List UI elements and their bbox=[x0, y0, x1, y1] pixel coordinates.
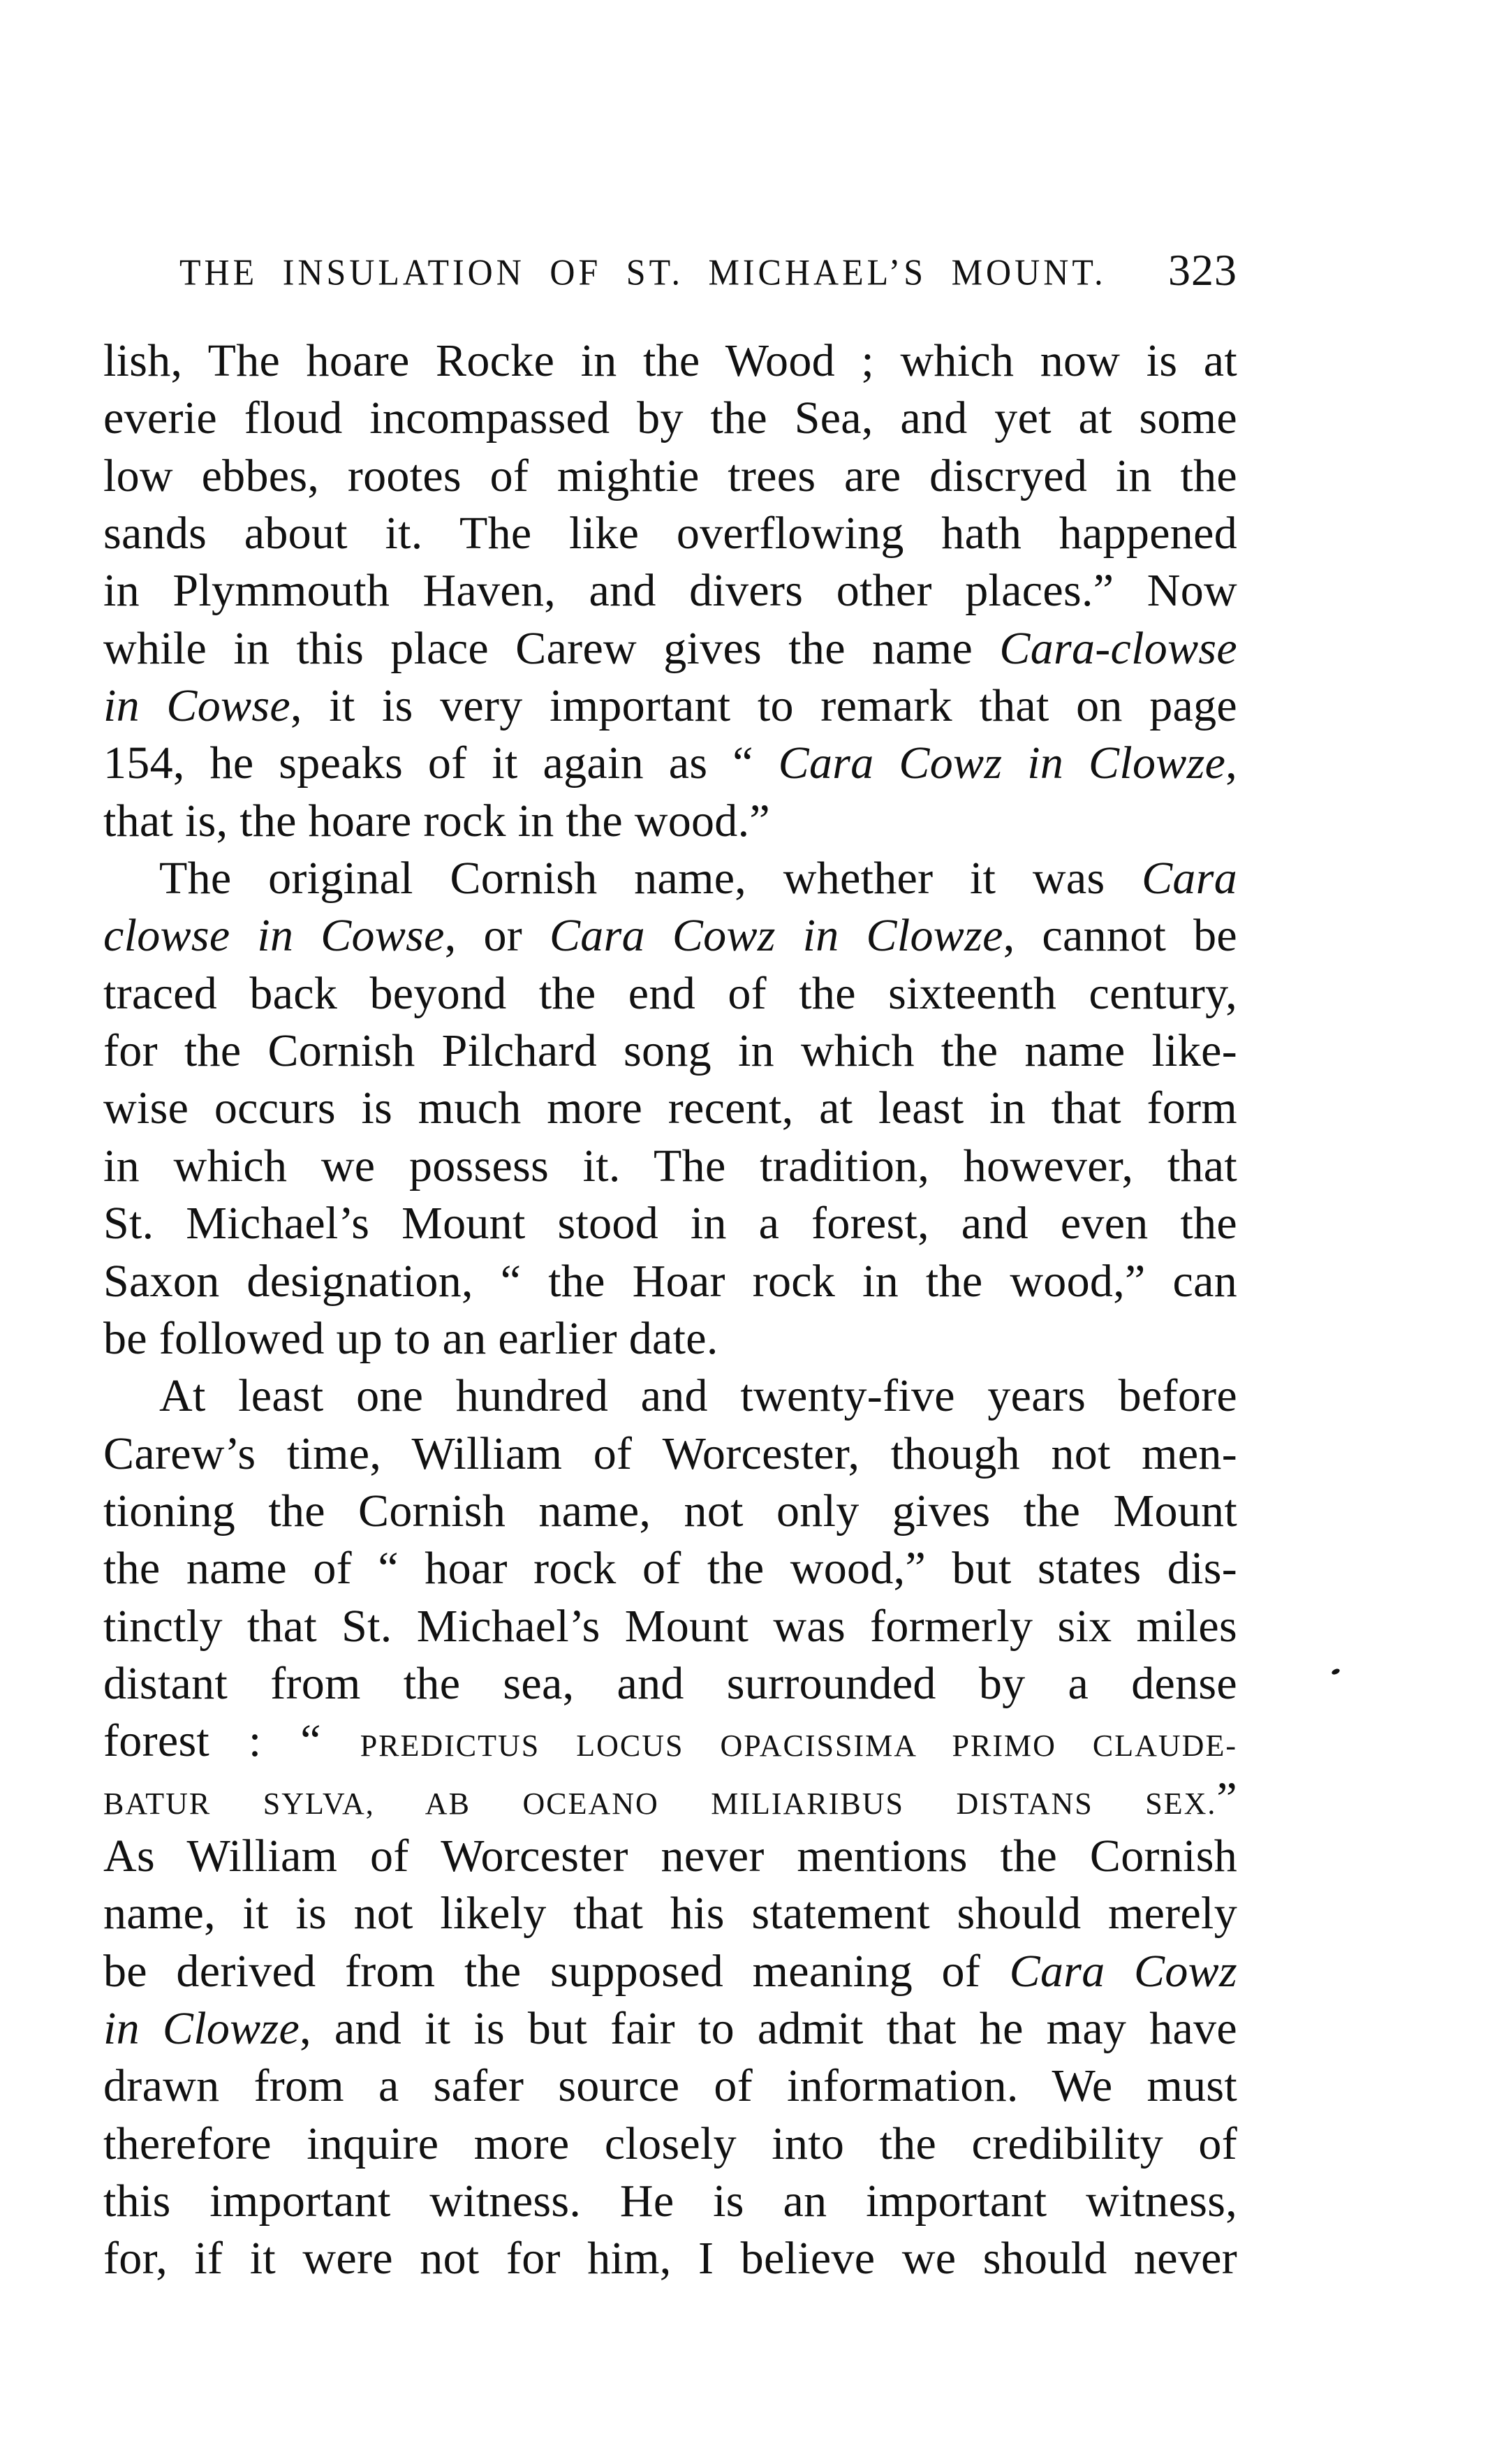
text-segment: , or bbox=[445, 910, 550, 961]
text-segment: As William of Worcester never mentions t… bbox=[103, 1831, 1237, 1882]
text-segment: tinctly that St. Michael’s Mount was for… bbox=[103, 1601, 1237, 1652]
italic-text: Cara Cowz in Clowze bbox=[779, 738, 1226, 789]
text-segment: everie floud incompassed by the Sea, and… bbox=[103, 393, 1237, 443]
text-segment: The original Cornish name, whether it wa… bbox=[159, 853, 1142, 904]
text-line: sands about it. The like overflowing hat… bbox=[103, 505, 1237, 562]
text-segment: , bbox=[1225, 738, 1237, 789]
text-line: traced back beyond the end of the sixtee… bbox=[103, 965, 1237, 1022]
running-head: The Insulation of St. Michael’s Mount. 3… bbox=[179, 244, 1237, 293]
text-line: forest : “ predictus locus opacissima pr… bbox=[103, 1713, 1237, 1770]
text-segment: be followed up to an earlier date. bbox=[103, 1313, 718, 1364]
text-line: in which we possess it. The tradition, h… bbox=[103, 1138, 1237, 1195]
text-segment: distant from the sea, and surrounded by … bbox=[103, 1658, 1237, 1709]
text-line: St. Michael’s Mount stood in a forest, a… bbox=[103, 1195, 1237, 1252]
text-line: drawn from a safer source of information… bbox=[103, 2058, 1237, 2115]
text-segment: drawn from a safer source of information… bbox=[103, 2060, 1237, 2111]
text-line: tioning the Cornish name, not only gives… bbox=[103, 1483, 1237, 1540]
book-page: The Insulation of St. Michael’s Mount. 3… bbox=[0, 0, 1497, 2464]
italic-text: Cara-clowse bbox=[999, 623, 1237, 674]
text-segment: ” bbox=[1216, 1773, 1237, 1824]
text-line: in Clowze, and it is but fair to admit t… bbox=[103, 2000, 1237, 2058]
text-line: everie floud incompassed by the Sea, and… bbox=[103, 390, 1237, 447]
text-segment: , it is very important to remark that on… bbox=[290, 680, 1237, 731]
text-segment: therefore inquire more closely into the … bbox=[103, 2118, 1237, 2169]
smallcaps-text: batur sylva, ab oceano miliaribus distan… bbox=[103, 1787, 1216, 1821]
text-line: 154, he speaks of it again as “ Cara Cow… bbox=[103, 735, 1237, 792]
text-segment: in which we possess it. The tradition, h… bbox=[103, 1141, 1237, 1191]
text-line: while in this place Carew gives the name… bbox=[103, 620, 1237, 677]
text-line: distant from the sea, and surrounded by … bbox=[103, 1655, 1237, 1713]
margin-speck bbox=[1331, 1668, 1341, 1675]
text-segment: for, if it were not for him, I believe w… bbox=[103, 2233, 1237, 2284]
text-segment: Carew’s time, William of Worcester, thou… bbox=[103, 1428, 1237, 1479]
text-line: in Cowse, it is very important to remark… bbox=[103, 677, 1237, 735]
smallcaps-text: predictus locus opacissima primo claude- bbox=[360, 1729, 1237, 1763]
body-text: lish, The hoare Rocke in the Wood ; whic… bbox=[103, 332, 1237, 2288]
italic-text: Cara Cowz in Clowze bbox=[550, 910, 1003, 961]
text-segment: for the Cornish Pilchard song in which t… bbox=[103, 1025, 1237, 1076]
text-segment: forest : “ bbox=[103, 1715, 360, 1766]
italic-text: clowse in Cowse bbox=[103, 910, 445, 961]
text-segment: that is, the hoare rock in the wood.” bbox=[103, 795, 770, 846]
text-line: tinctly that St. Michael’s Mount was for… bbox=[103, 1598, 1237, 1655]
italic-text: Cara Cowz bbox=[1010, 1946, 1237, 1997]
text-line: name, it is not likely that his statemen… bbox=[103, 1885, 1237, 1942]
italic-text: Cara bbox=[1142, 853, 1237, 904]
text-segment: low ebbes, rootes of mightie trees are d… bbox=[103, 450, 1237, 501]
page-number: 323 bbox=[1168, 244, 1237, 296]
text-line: low ebbes, rootes of mightie trees are d… bbox=[103, 448, 1237, 505]
text-line: be followed up to an earlier date. bbox=[103, 1310, 1237, 1367]
text-segment: tioning the Cornish name, not only gives… bbox=[103, 1486, 1237, 1537]
text-line: therefore inquire more closely into the … bbox=[103, 2115, 1237, 2173]
text-line: for, if it were not for him, I believe w… bbox=[103, 2230, 1237, 2287]
italic-text: in Clowze bbox=[103, 2003, 300, 2054]
text-line: in Plymmouth Haven, and divers other pla… bbox=[103, 562, 1237, 619]
text-segment: , cannot be bbox=[1003, 910, 1237, 961]
text-segment: traced back beyond the end of the sixtee… bbox=[103, 968, 1237, 1019]
text-line: batur sylva, ab oceano miliaribus distan… bbox=[103, 1770, 1237, 1828]
text-line: As William of Worcester never mentions t… bbox=[103, 1828, 1237, 1885]
running-title: The Insulation of St. Michael’s Mount. bbox=[179, 251, 1107, 293]
text-line: be derived from the supposed meaning of … bbox=[103, 1943, 1237, 2000]
text-line: the name of “ hoar rock of the wood,” bu… bbox=[103, 1540, 1237, 1597]
text-line: clowse in Cowse, or Cara Cowz in Clowze,… bbox=[103, 907, 1237, 965]
text-line: Saxon designation, “ the Hoar rock in th… bbox=[103, 1253, 1237, 1310]
text-segment: while in this place Carew gives the name bbox=[103, 623, 999, 674]
text-line: At least one hundred and twenty-five yea… bbox=[103, 1367, 1237, 1425]
text-line: this important witness. He is an importa… bbox=[103, 2173, 1237, 2230]
text-segment: sands about it. The like overflowing hat… bbox=[103, 508, 1237, 559]
text-segment: the name of “ hoar rock of the wood,” bu… bbox=[103, 1543, 1237, 1594]
text-segment: At least one hundred and twenty-five yea… bbox=[159, 1370, 1237, 1421]
text-segment: 154, he speaks of it again as “ bbox=[103, 738, 779, 789]
text-segment: lish, The hoare Rocke in the Wood ; whic… bbox=[103, 335, 1237, 386]
text-segment: Saxon designation, “ the Hoar rock in th… bbox=[103, 1256, 1237, 1307]
text-line: Carew’s time, William of Worcester, thou… bbox=[103, 1425, 1237, 1483]
text-line: lish, The hoare Rocke in the Wood ; whic… bbox=[103, 332, 1237, 390]
text-segment: name, it is not likely that his statemen… bbox=[103, 1888, 1237, 1939]
text-segment: in Plymmouth Haven, and divers other pla… bbox=[103, 565, 1237, 616]
text-line: that is, the hoare rock in the wood.” bbox=[103, 793, 1237, 850]
text-segment: St. Michael’s Mount stood in a forest, a… bbox=[103, 1198, 1237, 1249]
text-line: for the Cornish Pilchard song in which t… bbox=[103, 1022, 1237, 1080]
text-segment: this important witness. He is an importa… bbox=[103, 2176, 1237, 2227]
italic-text: in Cowse bbox=[103, 680, 290, 731]
text-line: wise occurs is much more recent, at leas… bbox=[103, 1080, 1237, 1137]
text-segment: be derived from the supposed meaning of bbox=[103, 1946, 1010, 1997]
text-segment: , and it is but fair to admit that he ma… bbox=[300, 2003, 1237, 2054]
text-line: The original Cornish name, whether it wa… bbox=[103, 850, 1237, 907]
text-segment: wise occurs is much more recent, at leas… bbox=[103, 1083, 1237, 1134]
